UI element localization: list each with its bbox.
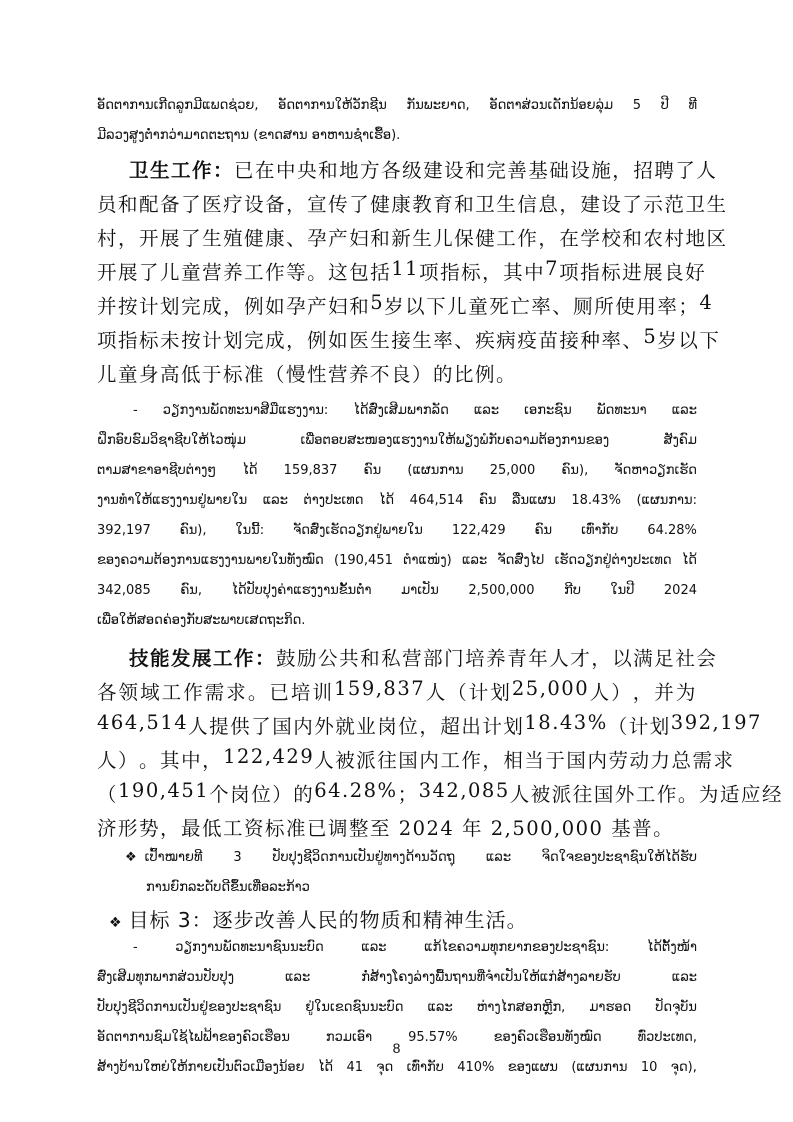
word: ກໍ່ສ້າງໂຄງລ່າງພື້ນຖານທີ່ຈໍາເປັນໃຫ້ແກ່ສ້າ… — [361, 970, 621, 985]
char: 国 — [566, 745, 587, 773]
word: ລື່ນແຜນ — [512, 493, 556, 508]
goal3-zh-text: 目标 3：逐步改善人民的物质和精神生活。 — [129, 908, 528, 932]
char: 例 — [244, 291, 265, 319]
word: ປັດຈຸບັນ — [655, 1000, 697, 1015]
char: 展 — [160, 223, 181, 251]
char: 善 — [507, 155, 528, 183]
char: ， — [591, 643, 612, 671]
word: - — [133, 940, 138, 955]
char: 良 — [664, 257, 685, 285]
char: 率 — [531, 291, 552, 319]
char: ， — [633, 677, 654, 705]
char: 以 — [612, 643, 633, 671]
char: 如 — [328, 325, 349, 353]
word: 2,500,000 — [468, 583, 534, 598]
char: 求 — [714, 745, 735, 773]
char: 5 — [643, 325, 657, 353]
labor-lao-line-3: ຕາມສາຂາອາຊີບຕ່າງໆໄດ້159,837ຄົນ(ແຜນການ25,… — [97, 463, 697, 478]
char: 指 — [580, 257, 601, 285]
char: 人 — [590, 677, 611, 705]
char: 生 — [202, 223, 223, 251]
char: 内 — [293, 711, 314, 739]
word: ສົ່ງເສີມທຸກພາກສ່ວນປັບປຸງ — [97, 970, 234, 985]
char: 村 — [664, 223, 685, 251]
char: 外 — [314, 711, 335, 739]
char: 养 — [486, 643, 507, 671]
char: 划 — [223, 325, 244, 353]
char: 生 — [412, 223, 433, 251]
char: 劳 — [608, 745, 629, 773]
goal3-lao-text: ເປົ້າໝາຍທີ3ປັບປຸງຊີວິດການເປັນຢູ່ທາງດ້ານວ… — [145, 850, 697, 865]
char: 为 — [699, 779, 720, 807]
char: 5 — [370, 291, 384, 319]
char: 工 — [440, 745, 461, 773]
word: ສ້າງບ້ານໃຫຍ່ໃຫ້ກາຍເປັນຕົວເມືອງນ້ອຍ — [97, 1060, 305, 1075]
char: ， — [559, 189, 580, 217]
word: (190,451 — [334, 553, 393, 568]
char: 应 — [741, 779, 762, 807]
char: 人 — [510, 779, 531, 807]
char: 所 — [594, 291, 615, 319]
char: 岁 — [384, 291, 405, 319]
char: 部 — [423, 643, 444, 671]
char: 计 — [139, 291, 160, 319]
char: 159,837 — [334, 677, 425, 705]
char: 妇 — [328, 291, 349, 319]
labor-lao-line-8: ເພື່ອໃຫ້ສອດຄ່ອງກັບສະພາບເສດຖະກິດ. — [97, 613, 697, 628]
char: 工 — [244, 257, 265, 285]
char: 标 — [461, 257, 482, 285]
health-section-title: 卫生工作： — [129, 155, 234, 183]
char: 计 — [482, 711, 503, 739]
char: 会 — [696, 643, 717, 671]
char: 人 — [188, 711, 209, 739]
health-zh-line-6: 项指标未按计划完成，例如医生接生率、疾病疫苗接种率、5岁以下 — [97, 325, 697, 353]
word: ຄົນ, — [180, 583, 202, 598]
char: 孕 — [307, 223, 328, 251]
char: 工 — [162, 677, 183, 705]
char: 例 — [307, 325, 328, 353]
char: ， — [286, 189, 307, 217]
word: 41 — [346, 1060, 363, 1075]
char: 经 — [762, 779, 783, 807]
char: 项 — [419, 257, 440, 285]
lao-intro-line-1: ອັດຕາການເກີດລູກມີແພດຊ່ວຍ,ອັດຕາການໃຫ້ວັກຊ… — [97, 98, 697, 113]
word: ຂອງຄວາມຕ້ອງການແຮງງານພາຍໃນທັງໝົດ — [97, 553, 324, 568]
char: ； — [678, 291, 699, 319]
char: 和 — [360, 643, 381, 671]
char: 力 — [650, 745, 671, 773]
word: 464,514 — [410, 493, 464, 508]
char: 农 — [643, 223, 664, 251]
char: 需 — [693, 745, 714, 773]
char: 和 — [465, 155, 486, 183]
char: 保 — [454, 223, 475, 251]
labor-lao-line-6: ຂອງຄວາມຕ້ອງການແຮງງານພາຍໃນທັງໝົດ(190,451ຕ… — [97, 553, 697, 568]
word: 159,837 — [284, 463, 338, 478]
char: 和 — [622, 223, 643, 251]
char: 成 — [202, 291, 223, 319]
char: 地 — [339, 155, 360, 183]
char: 190,451 — [118, 779, 209, 807]
skills-zh-line-6: 济形势，最低工资标准已调整至 2024 年 2,500,000 基普。 — [97, 813, 697, 841]
char: ） — [272, 779, 293, 807]
char: 中 — [524, 257, 545, 285]
char: 如 — [265, 291, 286, 319]
word: ໄດ້ຕັ້ງໜ້າ — [647, 940, 697, 955]
char: 以 — [678, 325, 699, 353]
char: 派 — [356, 745, 377, 773]
char: 其 — [503, 257, 524, 285]
skills-section-title: 技能发展工作： — [129, 643, 276, 671]
char: 殖 — [223, 223, 244, 251]
diamond-bullet-icon: ❖ — [125, 850, 137, 865]
char: 鼓 — [276, 643, 297, 671]
char: 、 — [286, 223, 307, 251]
char: 以 — [405, 291, 426, 319]
char: 人 — [426, 677, 447, 705]
word: ອັດຕາການເກີດລູກມີແພດຊ່ວຍ, — [97, 98, 258, 113]
skills-zh-line-4: 人）。其中，122,429人被派往国内工作，相当于国内劳动力总需求 — [97, 745, 697, 773]
char: 门 — [444, 643, 465, 671]
goal3-zh-heading: ❖目标 3：逐步改善人民的物质和精神生活。 — [109, 904, 709, 933]
word: ສັງຄົມ — [664, 433, 697, 448]
word: ແລະ — [462, 553, 487, 568]
char: 完 — [244, 325, 265, 353]
char: 。 — [248, 677, 269, 705]
word: ໃນປີ — [611, 583, 635, 598]
char: 地 — [685, 223, 706, 251]
labor-lao-line-7: 342,085ຄົນ,ໄດ້ປັບປຸງຄ່າແຮງງານຂັ້ນຕໍ່າມາເ… — [97, 583, 697, 598]
char: ， — [202, 745, 223, 773]
char: 招 — [633, 155, 654, 183]
char: （ — [608, 711, 629, 739]
word: ຝຶກອົບຮົມວິຊາຊີບໃຫ້ໄວໜຸ່ມ — [97, 433, 246, 448]
char: 育 — [433, 189, 454, 217]
char: 儿 — [160, 257, 181, 285]
labor-lao-line-2: ຝຶກອົບຮົມວິຊາຊີບໃຫ້ໄວໜຸ່ມເພື່ອຕອບສະໜອງແຮ… — [97, 433, 697, 448]
char: 国 — [272, 711, 293, 739]
char: 25,000 — [512, 677, 589, 705]
char: 率 — [601, 325, 622, 353]
page-number: 8 — [0, 1040, 793, 1056]
word: ໄດ້ສົ່ງເສີມພາກລັດ — [353, 403, 448, 418]
word: ແລະ — [486, 850, 511, 865]
word: ເຮັດວຽກຢູ່ຕ່າງປະເທດ — [555, 553, 672, 568]
goal3-lao-line-1: ❖ ເປົ້າໝາຍທີ3ປັບປຸງຊີວິດການເປັນຢູ່ທາງດ້າ… — [125, 850, 697, 865]
word: ມາຮອດ — [589, 1000, 631, 1015]
char: 养 — [223, 257, 244, 285]
health-zh-line-1: 卫生工作：已在中央和地方各级建设和完善基础设施，招聘了人 — [129, 155, 697, 183]
char: 备 — [160, 189, 181, 217]
char: 区 — [706, 223, 727, 251]
char: 方 — [360, 155, 381, 183]
char: 村 — [97, 223, 118, 251]
char: 作 — [265, 257, 286, 285]
word: ຄົນ — [535, 523, 553, 538]
health-zh-text: 已在中央和地方各级建设和完善基础设施，招聘了人 — [234, 155, 717, 183]
char: 和 — [349, 291, 370, 319]
word: ຕໍາແໜ່ງ) — [403, 553, 452, 568]
labor-lao-line-4: ງານທໍາໃຫ້ແຮງງານຢູ່ພາຍໃນແລະຕ່າງປະເທດໄດ້46… — [97, 493, 697, 508]
char: 按 — [181, 325, 202, 353]
char: 配 — [139, 189, 160, 217]
skills-zh-line-2: 各领域工作需求。已培训159,837人（计划25,000人），并为 — [97, 677, 697, 705]
char: 康 — [391, 189, 412, 217]
char: 公 — [318, 643, 339, 671]
char: 疗 — [223, 189, 244, 217]
word: ແລະ — [263, 493, 288, 508]
char: 央 — [297, 155, 318, 183]
char: 个 — [209, 779, 230, 807]
char: 下 — [699, 325, 720, 353]
char: 了 — [251, 711, 272, 739]
char: 社 — [675, 643, 696, 671]
rural-lao-line-1: -ວຽກງານພັດທະນາຊົນນະບົດແລະແກ້ໄຂຄວາມທຸກຍາກ… — [133, 940, 697, 955]
char: （ — [447, 677, 468, 705]
char: 等 — [286, 257, 307, 285]
char: 设 — [601, 189, 622, 217]
skills-zh-line-3: 464,514人提供了国内外就业岗位，超出计划18.43%（计划392,197 — [97, 711, 697, 739]
char: 。 — [678, 779, 699, 807]
char: 位 — [398, 711, 419, 739]
char: 用 — [636, 291, 657, 319]
char: 往 — [573, 779, 594, 807]
char: ， — [223, 291, 244, 319]
char: 青 — [507, 643, 528, 671]
word: 342,085 — [97, 583, 151, 598]
char: 往 — [377, 745, 398, 773]
word: ແລະ — [285, 970, 310, 985]
word: (ແຜນການ — [571, 1060, 627, 1075]
word: 10 — [641, 1060, 658, 1075]
char: 接 — [391, 325, 412, 353]
char: 11 — [391, 257, 419, 285]
char: （ — [97, 779, 118, 807]
char: 产 — [307, 291, 328, 319]
char: 领 — [119, 677, 140, 705]
char: 和 — [318, 155, 339, 183]
char: 。 — [307, 257, 328, 285]
char: ） — [611, 677, 632, 705]
char: 完 — [486, 155, 507, 183]
char: 划 — [160, 291, 181, 319]
char: 中 — [276, 155, 297, 183]
char: 和 — [370, 223, 391, 251]
char: 在 — [255, 155, 276, 183]
word: ກັນພະຍາດ, — [406, 98, 469, 113]
char: 总 — [672, 745, 693, 773]
char: 作 — [461, 745, 482, 773]
char: 校 — [601, 223, 622, 251]
char: 卫 — [685, 189, 706, 217]
char: 在 — [559, 223, 580, 251]
char: 供 — [230, 711, 251, 739]
char: 计 — [629, 711, 650, 739]
word: ໄດ້ — [242, 463, 257, 478]
char: 、 — [622, 325, 643, 353]
char: 成 — [265, 325, 286, 353]
word: ກີບ — [564, 583, 581, 598]
char: 产 — [328, 223, 349, 251]
word: ໃນນີ້: — [235, 523, 264, 538]
char: 各 — [97, 677, 118, 705]
word: ຈັດສົ່ງເຮັດວຽກຢູ່ພາຍໃນ — [293, 523, 423, 538]
word: ປັບປຸງຊີວິດການເປັນຢູ່ທາງດ້ານວັດຖຸ — [272, 850, 455, 865]
char: 了 — [675, 155, 696, 183]
char: 国 — [594, 779, 615, 807]
char: 私 — [381, 643, 402, 671]
char: 包 — [349, 257, 370, 285]
word: ຄົນ — [364, 463, 382, 478]
char: 施 — [591, 155, 612, 183]
word: 18.43% — [571, 493, 621, 508]
char: 和 — [118, 189, 139, 217]
char: 已 — [269, 677, 290, 705]
labor-lao-line-1: -ວຽກງານພັດທະນາສີມືແຮງງານ:ໄດ້ສົ່ງເສີມພາກລ… — [133, 403, 697, 418]
char: 培 — [465, 643, 486, 671]
char: 内 — [419, 745, 440, 773]
char: 适 — [720, 779, 741, 807]
word: ພັດທະນາ — [597, 403, 647, 418]
word: ຈຸດ — [376, 1060, 393, 1075]
char: 教 — [412, 189, 433, 217]
char: 基 — [528, 155, 549, 183]
char: 病 — [496, 325, 517, 353]
char: 中 — [181, 745, 202, 773]
word: 64.28% — [647, 523, 697, 538]
char: 464,514 — [97, 711, 188, 739]
char: 指 — [118, 325, 139, 353]
char: 医 — [349, 325, 370, 353]
skills-zh-line-1: 技能发展工作：鼓励公共和私营部门培养青年人才，以满足社会 — [129, 643, 697, 671]
char: 展 — [118, 257, 139, 285]
word: ຈິດໃຈຂອງປະຊາຊົນໃຫ້ໄດ້ຮັບ — [542, 850, 697, 865]
word: ເທົ່າກັບ — [581, 523, 618, 538]
char: 作 — [183, 677, 204, 705]
char: 工 — [636, 779, 657, 807]
lao-intro-line-2: ມີລວງສູງຕໍ່າກວ່າມາດຕະຖານ (ຂາດສານ ອາຫານຊໍ… — [97, 128, 697, 143]
word: ແລະ — [672, 403, 697, 418]
char: 医 — [202, 189, 223, 217]
char: ） — [118, 745, 139, 773]
word: ຕ່າງປະເທດ — [303, 493, 363, 508]
char: 率 — [433, 325, 454, 353]
char: 作 — [517, 223, 538, 251]
char: ； — [398, 779, 419, 807]
word: ການຍົກລະດັບດີຂຶ້ນເທື່ອລະກ້າວ — [146, 880, 310, 895]
char: 建 — [580, 189, 601, 217]
word: ແລະ — [474, 403, 499, 418]
word: ຈັດສົ່ງໄປ — [498, 553, 545, 568]
char: 人 — [549, 643, 570, 671]
char: 和 — [454, 189, 475, 217]
char: 传 — [328, 189, 349, 217]
char: 、 — [454, 325, 475, 353]
word: ຫ່າງໄກສອກຫຼີກ, — [477, 1000, 566, 1015]
char: 项 — [97, 325, 118, 353]
char: 计 — [469, 677, 490, 705]
word: ຄົນ), — [180, 523, 207, 538]
char: 的 — [293, 779, 314, 807]
char: 疾 — [475, 325, 496, 353]
char: 域 — [140, 677, 161, 705]
word: ເພື່ອຕອບສະໜອງແຮງງານໃຫ້ພຽງພໍກັບຄວາມຕ້ອງກາ… — [300, 433, 609, 448]
word: ແລະ — [427, 1000, 452, 1015]
char: 员 — [97, 189, 118, 217]
word: ງານທໍາໃຫ້ແຮງງານຢູ່ພາຍໃນ — [97, 493, 247, 508]
char: 4 — [699, 291, 713, 319]
char: 人 — [97, 745, 118, 773]
char: 了 — [349, 189, 370, 217]
word: 122,429 — [452, 523, 506, 538]
char: ， — [482, 745, 503, 773]
char: 其 — [160, 745, 181, 773]
word: ເອກະຊົນ — [524, 403, 572, 418]
char: 范 — [664, 189, 685, 217]
word: ໄດ້ປັບປຸງຄ່າແຮງງານຂັ້ນຕໍ່າ — [232, 583, 372, 598]
char: 童 — [181, 257, 202, 285]
char: 业 — [356, 711, 377, 739]
char: 作 — [657, 779, 678, 807]
char: 。 — [139, 745, 160, 773]
char: 接 — [559, 325, 580, 353]
word: ມີລວງສູງຕໍ່າກວ່າມາດຕະຖານ (ຂາດສານ ອາຫານຊໍ… — [97, 128, 400, 143]
word: ໄດ້ — [682, 553, 697, 568]
char: 才 — [570, 643, 591, 671]
char: 并 — [654, 677, 675, 705]
char: 设 — [570, 155, 591, 183]
char: 疫 — [517, 325, 538, 353]
char: 派 — [552, 779, 573, 807]
char: 率 — [657, 291, 678, 319]
char: 括 — [370, 257, 391, 285]
labor-lao-line-5: 392,197ຄົນ),ໃນນີ້:ຈັດສົ່ງເຮັດວຽກຢູ່ພາຍໃນ… — [97, 523, 697, 538]
word: ເທົ່າກັບ — [407, 1060, 444, 1075]
char: 392,197 — [671, 711, 762, 739]
health-zh-line-4: 开展了儿童营养工作等。这包括11项指标，其中7项指标进展良好 — [97, 257, 697, 285]
char: ， — [482, 257, 503, 285]
char: 下 — [426, 291, 447, 319]
char: 提 — [209, 711, 230, 739]
word: ເປົ້າໝາຍທີ — [145, 850, 203, 865]
char: 已 — [234, 155, 255, 183]
char: 当 — [524, 745, 545, 773]
char: 岗 — [230, 779, 251, 807]
word: ຄົນ — [479, 493, 497, 508]
char: 培 — [291, 677, 312, 705]
word: ທີ — [688, 98, 697, 113]
char: 划 — [490, 677, 511, 705]
char: 健 — [370, 189, 391, 217]
rural-lao-line-5: ສ້າງບ້ານໃຫຍ່ໃຫ້ກາຍເປັນຕົວເມືອງນ້ອຍໄດ້41ຈ… — [97, 1060, 697, 1075]
char: 岁 — [657, 325, 678, 353]
char: 超 — [440, 711, 461, 739]
char: 标 — [601, 257, 622, 285]
char: 孕 — [286, 291, 307, 319]
char: 工 — [496, 223, 517, 251]
char: 营 — [402, 643, 423, 671]
char: 国 — [398, 745, 419, 773]
char: 内 — [587, 745, 608, 773]
word: ປີ — [661, 98, 669, 113]
health-zh-line-5: 并按计划完成，例如孕产妇和5岁以下儿童死亡率、厕所使用率；4 — [97, 291, 697, 319]
word: ວຽກງານພັດທະນາຊົນນະບົດ — [175, 940, 323, 955]
char: ， — [419, 711, 440, 739]
char: 、 — [552, 291, 573, 319]
char: 好 — [685, 257, 706, 285]
char: 厕 — [573, 291, 594, 319]
